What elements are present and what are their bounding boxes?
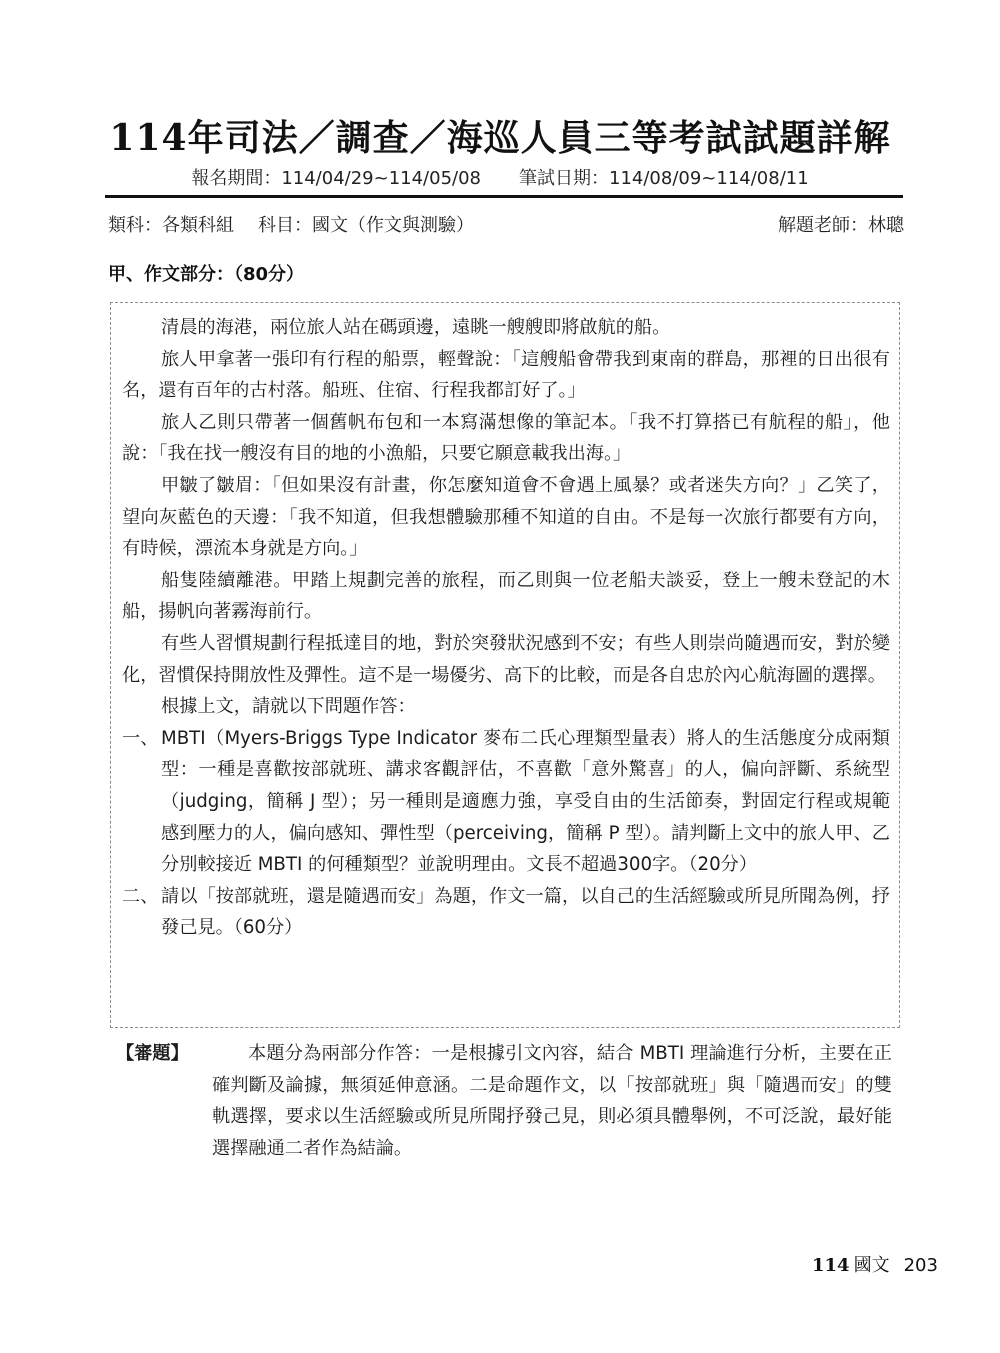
question-text: 請以「按部就班，還是隨遇而安」為題，作文一篇，以自己的生活經驗或所見所聞為例，抒… [161,886,890,939]
footer-subject: 國文 [854,1255,890,1276]
exam-meta: 類科：各類科組科目：國文（作文與測驗） 解題老師：林聰 [108,212,904,240]
review-section: 【審題】 本題分為兩部分作答：一是根據引文內容，結合 MBTI 理論進行分析，主… [116,1038,892,1164]
written-exam-dates: 筆試日期：114/08/09~114/08/11 [519,168,809,189]
passage-instruction: 根據上文，請就以下問題作答： [122,691,890,723]
review-text: 本題分為兩部分作答：一是根據引文內容，結合 MBTI 理論進行分析，主要在正確判… [212,1038,892,1164]
passage-paragraph: 旅人乙則只帶著一個舊帆布包和一本寫滿想像的筆記本。「我不打算搭已有航程的船」，他… [122,407,890,470]
question-number: 二、 [122,881,158,913]
passage-paragraph: 旅人甲拿著一張印有行程的船票，輕聲說：「這艘船會帶我到東南的群島，那裡的日出很有… [122,344,890,407]
footer-year: 114 [812,1255,850,1276]
question-2: 二、 請以「按部就班，還是隨遇而安」為題，作文一篇，以自己的生活經驗或所見所聞為… [122,881,890,944]
exam-dates: 報名期間：114/04/29~114/05/08筆試日期：114/08/09~1… [0,166,1000,192]
page-title: 114年司法／調查／海巡人員三等考試試題詳解 [0,116,1000,160]
page-footer: 114國文203 [812,1253,938,1279]
passage-paragraph: 清晨的海港，兩位旅人站在碼頭邊，遠眺一艘艘即將啟航的船。 [122,312,890,344]
teacher-label: 解題老師：林聰 [778,212,904,240]
passage-paragraph: 有些人習慣規劃行程抵達目的地，對於突發狀況感到不安；有些人則崇尚隨遇而安，對於變… [122,628,890,691]
header-divider [105,195,903,198]
section-heading: 甲、作文部分：（80分） [108,261,304,289]
passage-paragraph: 船隻陸續離港。甲踏上規劃完善的旅程，而乙則與一位老船夫談妥，登上一艘未登記的木船… [122,565,890,628]
category-label: 類科：各類科組 [108,215,234,236]
page-number: 203 [904,1255,938,1276]
passage-paragraph: 甲皺了皺眉：「但如果沒有計畫，你怎麼知道會不會遇上風暴？或者迷失方向？」乙笑了，… [122,470,890,565]
subject-label: 科目：國文（作文與測驗） [258,215,474,236]
question-1: 一、 MBTI（Myers-Briggs Type Indicator 麥布二氏… [122,723,890,881]
registration-period: 報名期間：114/04/29~114/05/08 [191,168,481,189]
question-text: MBTI（Myers-Briggs Type Indicator 麥布二氏心理類… [161,728,890,875]
review-tag: 【審題】 [116,1038,189,1070]
question-number: 一、 [122,723,158,755]
passage: 清晨的海港，兩位旅人站在碼頭邊，遠眺一艘艘即將啟航的船。 旅人甲拿著一張印有行程… [122,312,890,944]
